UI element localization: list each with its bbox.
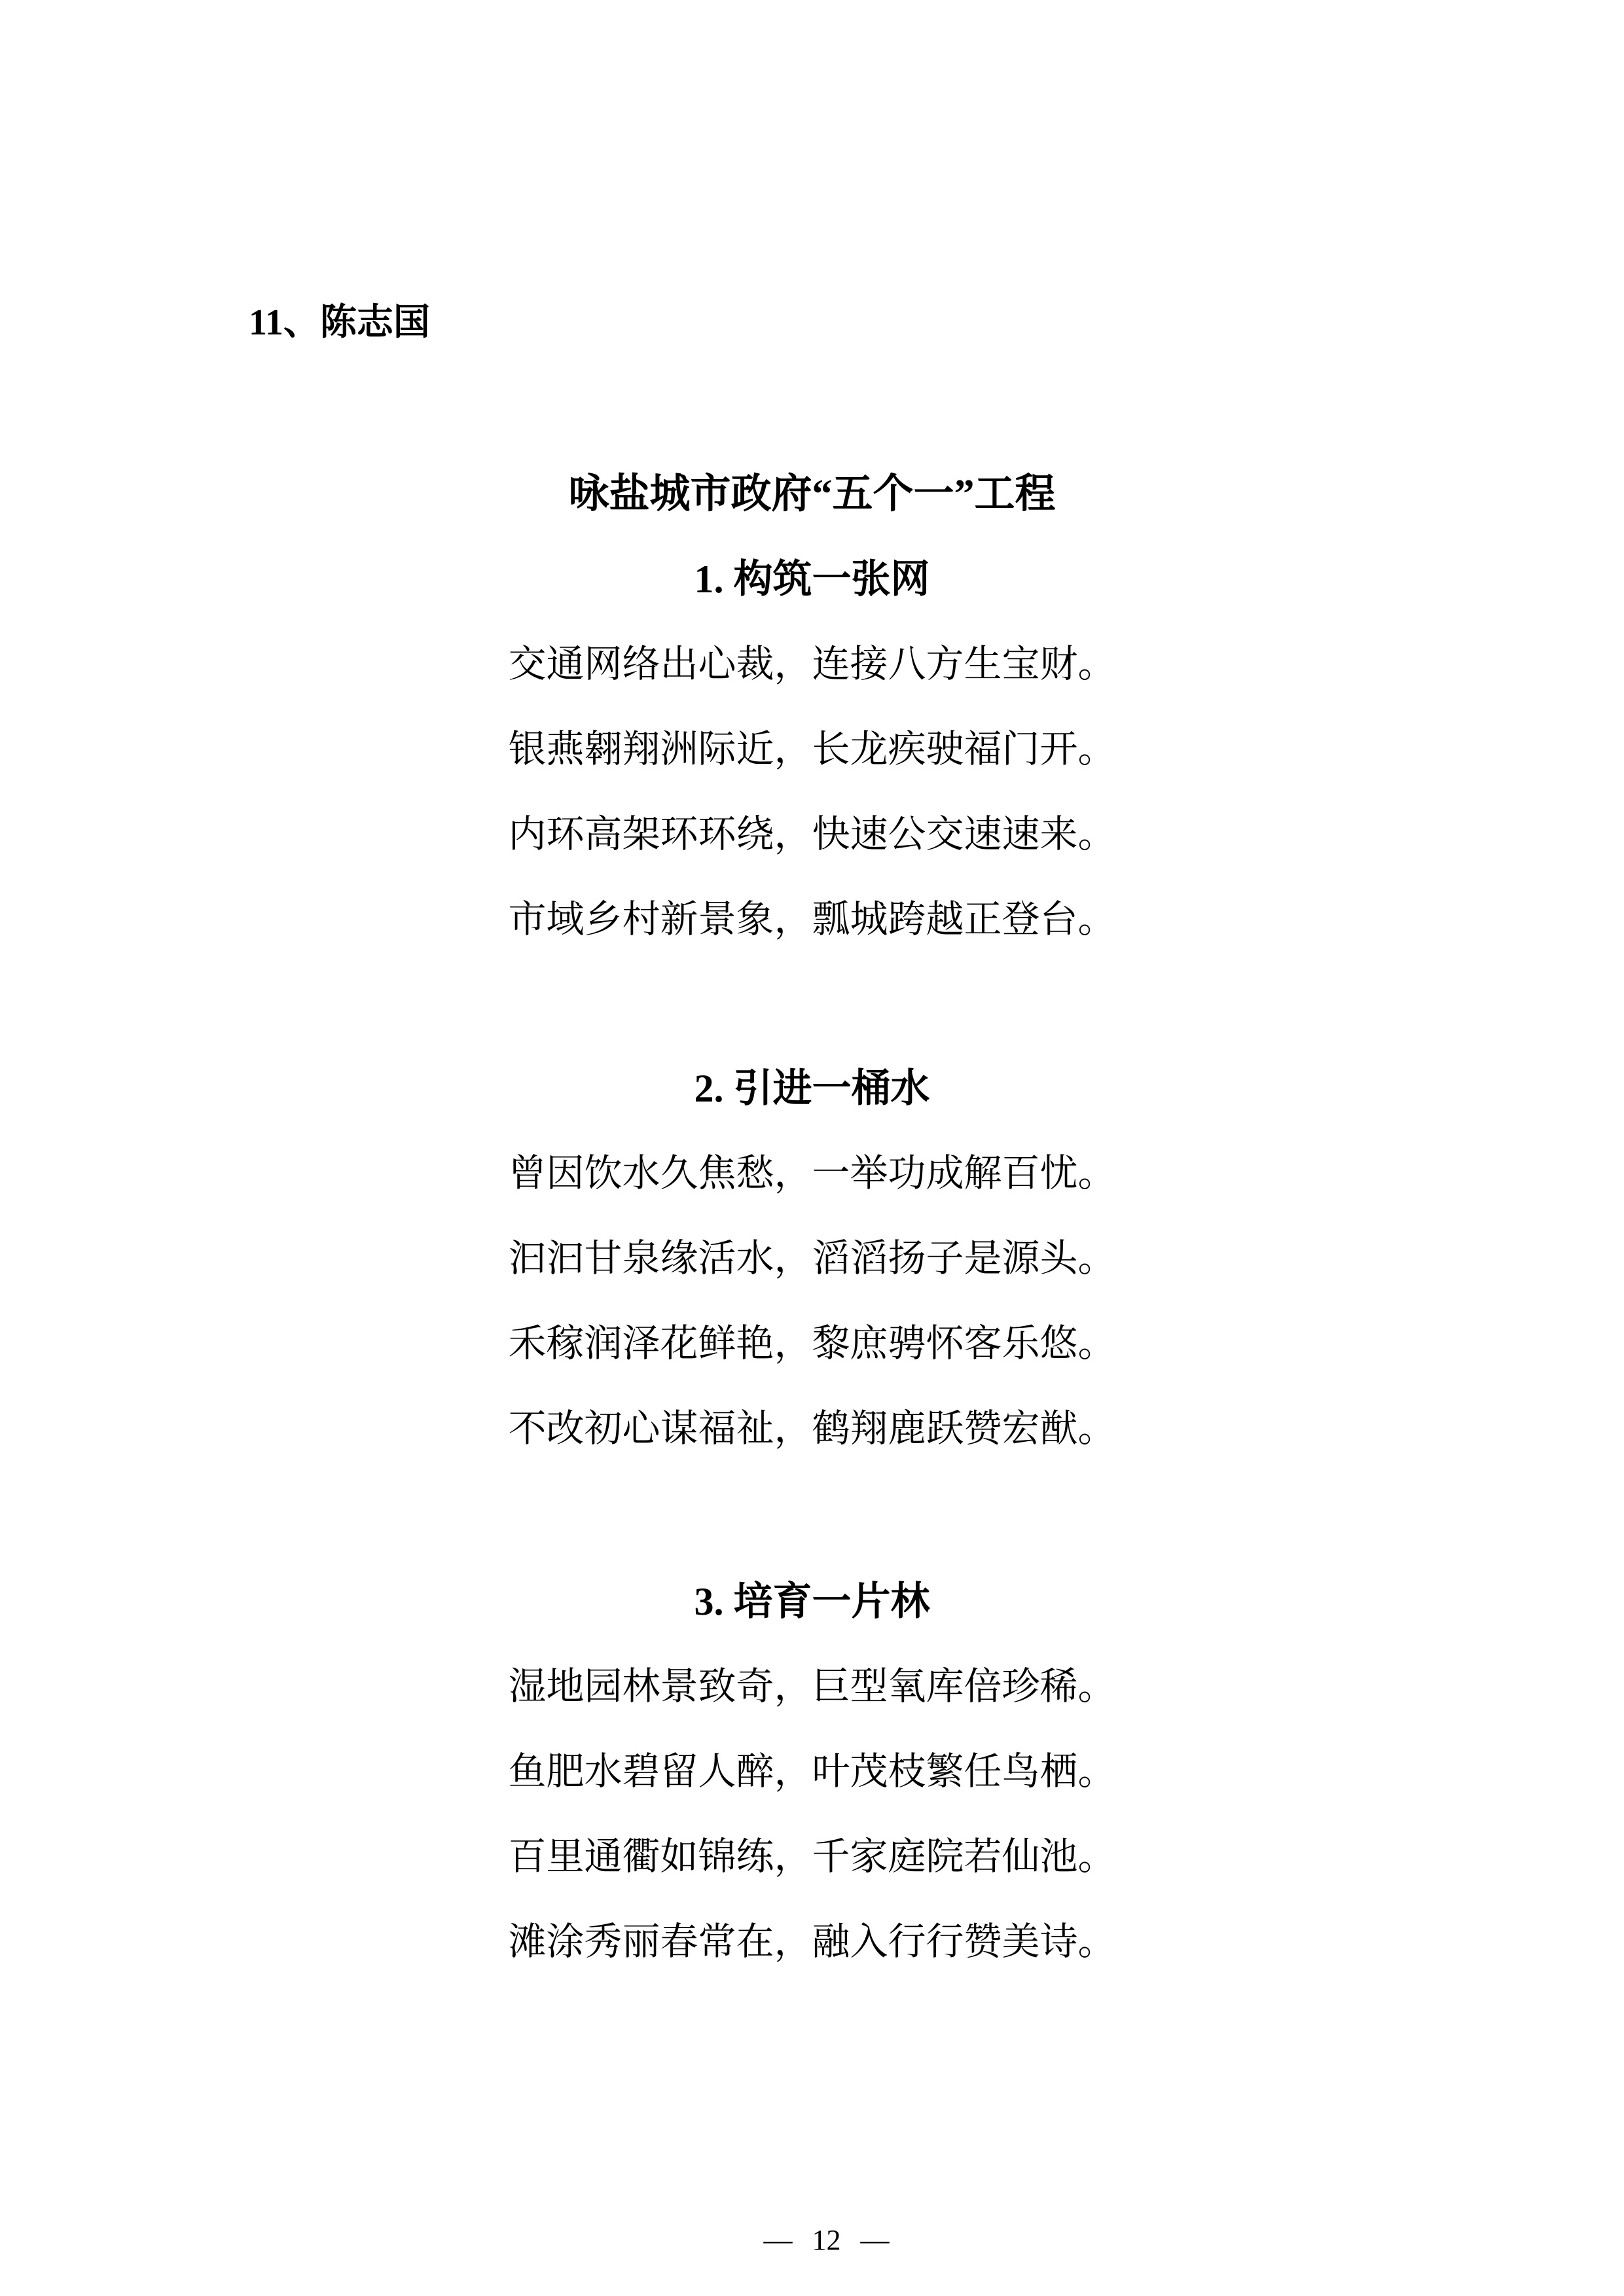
section-2-verse-line: 汩汩甘泉缘活水，滔滔扬子是源头。 [0, 1216, 1624, 1301]
footer-right-dash: — [861, 2198, 890, 2283]
page-footer: —12— [0, 2113, 1624, 2198]
section-2-verse-line: 不改初心谋福祉，鹤翔鹿跃赞宏猷。 [0, 1386, 1624, 1471]
section-1-verse-line: 交通网络出心裁，连接八方生宝财。 [0, 622, 1624, 707]
section-2-verse-line: 曾因饮水久焦愁，一举功成解百忧。 [0, 1131, 1624, 1216]
footer-left-dash: — [764, 2198, 793, 2283]
author-heading: 11、陈志国 [249, 280, 430, 365]
section-1-verse-line: 内环高架环环绕，快速公交速速来。 [0, 792, 1624, 877]
section-3-heading: 3. 培育一片林 [0, 1559, 1624, 1644]
section-3-verse-line: 鱼肥水碧留人醉，叶茂枝繁任鸟栖。 [0, 1729, 1624, 1814]
section-1-verse-line: 银燕翱翔洲际近，长龙疾驶福门开。 [0, 707, 1624, 792]
section-3-verse-line: 湿地园林景致奇，巨型氧库倍珍稀。 [0, 1644, 1624, 1729]
poem-title: 咏盐城市政府“五个一”工程 [0, 452, 1624, 537]
footer-page-number: 12 [812, 2198, 841, 2283]
section-3-verse-line: 百里通衢如锦练，千家庭院若仙池。 [0, 1814, 1624, 1899]
document-page: 11、陈志国 咏盐城市政府“五个一”工程 1. 构筑一张网 交通网络出心裁，连接… [0, 0, 1624, 2296]
section-1-verse-line: 市域乡村新景象，瓢城跨越正登台。 [0, 877, 1624, 962]
section-1-heading: 1. 构筑一张网 [0, 537, 1624, 622]
section-2-verse-line: 禾稼润泽花鲜艳，黎庶骋怀客乐悠。 [0, 1301, 1624, 1386]
section-3-verse-line: 滩涂秀丽春常在，融入行行赞美诗。 [0, 1899, 1624, 1984]
section-2-heading: 2. 引进一桶水 [0, 1046, 1624, 1131]
